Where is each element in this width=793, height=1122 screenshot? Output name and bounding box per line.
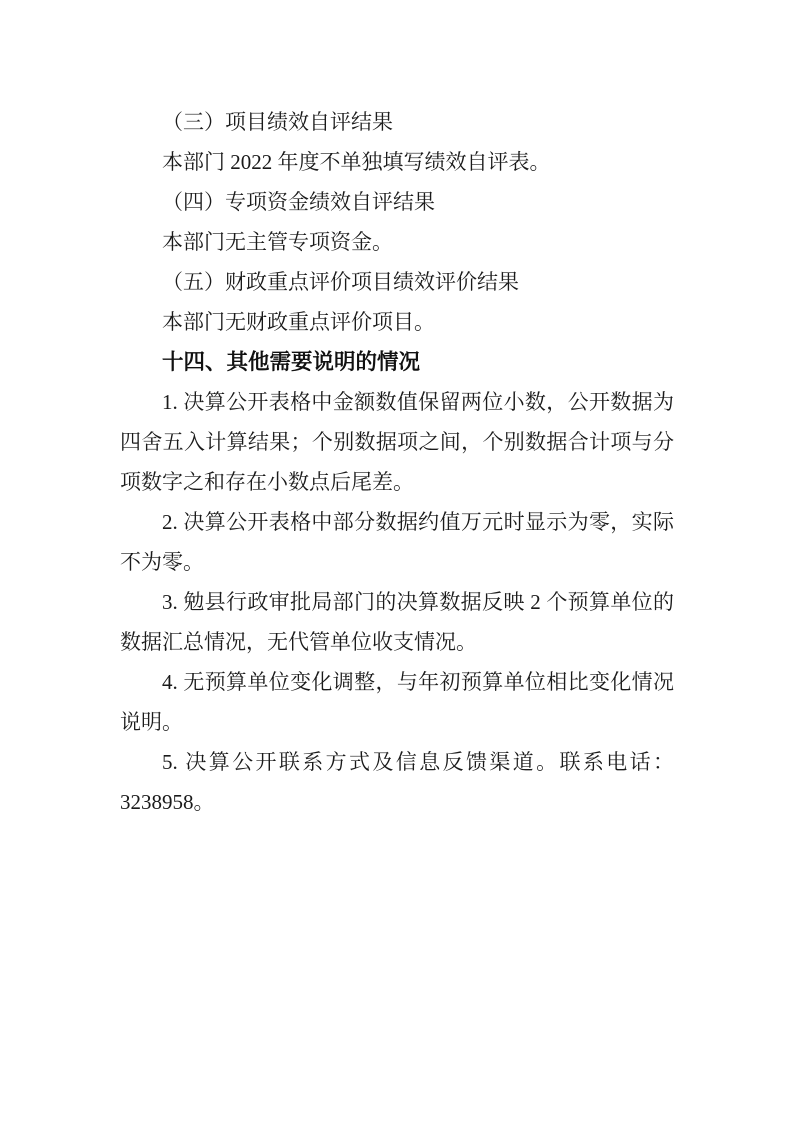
paragraph: 3. 勉县行政审批局部门的决算数据反映 2 个预算单位的数据汇总情况，无代管单位…	[120, 582, 674, 662]
text-line: （四）专项资金绩效自评结果	[120, 182, 674, 222]
text-line: 说明。	[120, 702, 674, 742]
text-line: 3238958。	[120, 782, 674, 822]
text-line: 四舍五入计算结果；个别数据项之间，个别数据合计项与分	[120, 422, 674, 462]
text-line: 十四、其他需要说明的情况	[120, 342, 674, 382]
text-line: 本部门无主管专项资金。	[120, 222, 674, 262]
text-line: 4. 无预算单位变化调整，与年初预算单位相比变化情况	[120, 662, 674, 702]
text-line: 2. 决算公开表格中部分数据约值万元时显示为零，实际	[120, 502, 674, 542]
text-line: 1. 决算公开表格中金额数值保留两位小数，公开数据为	[120, 382, 674, 422]
document-page: （三）项目绩效自评结果本部门 2022 年度不单独填写绩效自评表。（四）专项资金…	[0, 0, 793, 1122]
text-line: 本部门无财政重点评价项目。	[120, 302, 674, 342]
section-heading: 十四、其他需要说明的情况	[120, 342, 674, 382]
paragraph: 本部门无主管专项资金。	[120, 222, 674, 262]
text-line: 3. 勉县行政审批局部门的决算数据反映 2 个预算单位的	[120, 582, 674, 622]
text-line: （三）项目绩效自评结果	[120, 102, 674, 142]
text-line: 5. 决算公开联系方式及信息反馈渠道。联系电话：	[120, 742, 674, 782]
paragraph: 1. 决算公开表格中金额数值保留两位小数，公开数据为四舍五入计算结果；个别数据项…	[120, 382, 674, 502]
sub-heading: （四）专项资金绩效自评结果	[120, 182, 674, 222]
paragraph: 4. 无预算单位变化调整，与年初预算单位相比变化情况说明。	[120, 662, 674, 742]
text-line: 不为零。	[120, 542, 674, 582]
sub-heading: （五）财政重点评价项目绩效评价结果	[120, 262, 674, 302]
text-line: 项数字之和存在小数点后尾差。	[120, 462, 674, 502]
sub-heading: （三）项目绩效自评结果	[120, 102, 674, 142]
text-line: 本部门 2022 年度不单独填写绩效自评表。	[120, 142, 674, 182]
paragraph: 本部门 2022 年度不单独填写绩效自评表。	[120, 142, 674, 182]
text-block: （三）项目绩效自评结果本部门 2022 年度不单独填写绩效自评表。（四）专项资金…	[120, 102, 674, 822]
paragraph: 2. 决算公开表格中部分数据约值万元时显示为零，实际不为零。	[120, 502, 674, 582]
text-line: 数据汇总情况，无代管单位收支情况。	[120, 622, 674, 662]
paragraph: 5. 决算公开联系方式及信息反馈渠道。联系电话：3238958。	[120, 742, 674, 822]
text-line: （五）财政重点评价项目绩效评价结果	[120, 262, 674, 302]
paragraph: 本部门无财政重点评价项目。	[120, 302, 674, 342]
